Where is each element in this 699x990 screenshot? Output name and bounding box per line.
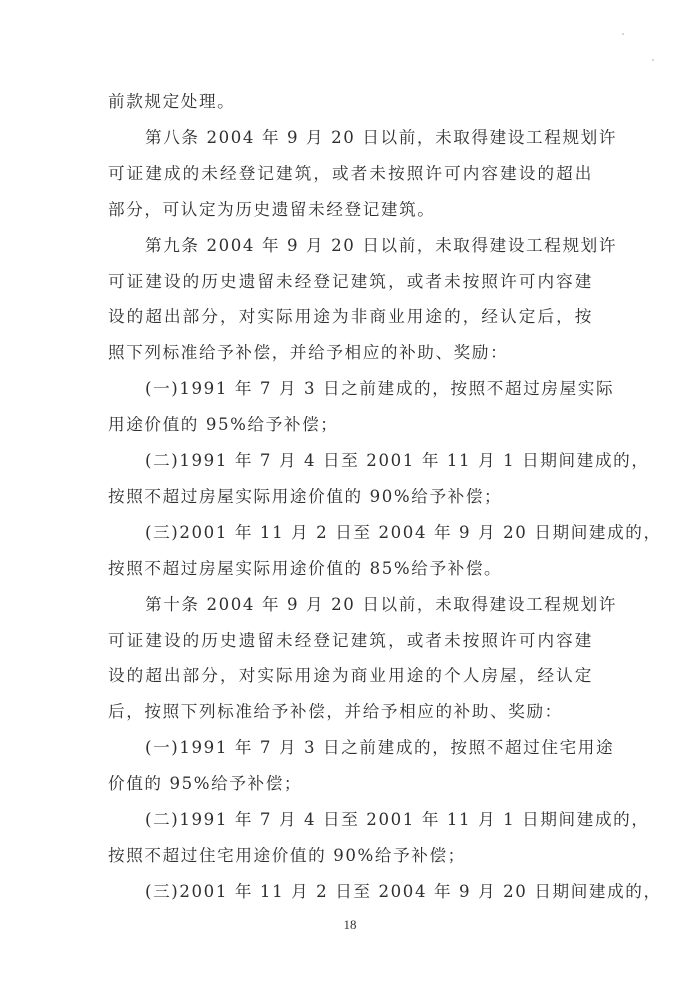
text-line: (三)2001 年 11 月 2 日至 2004 年 9 月 20 日期间建成的… [145, 523, 593, 543]
text-line: 价值的 95%给予补偿； [108, 774, 593, 794]
text-line: 部分，可认定为历史遗留未经登记建筑。 [108, 200, 593, 220]
text-line: 可证建设的历史遗留未经登记建筑，或者未按照许可内容建 [108, 272, 593, 292]
text-line: 后，按照下列标准给予补偿，并给予相应的补助、奖励： [108, 702, 593, 722]
text-line: (三)2001 年 11 月 2 日至 2004 年 9 月 20 日期间建成的… [145, 882, 593, 902]
text-line: 设的超出部分，对实际用途为非商业用途的，经认定后，按 [108, 307, 593, 327]
text-line: 第十条 2004 年 9 月 20 日以前，未取得建设工程规划许 [145, 595, 593, 615]
page-number: 18 [339, 917, 361, 933]
scan-speck [622, 33, 624, 35]
text-line: (二)1991 年 7 月 4 日至 2001 年 11 月 1 日期间建成的， [145, 451, 593, 471]
text-line: 可证建成的未经登记建筑，或者未按照许可内容建设的超出 [108, 164, 593, 184]
text-line: (二)1991 年 7 月 4 日至 2001 年 11 月 1 日期间建成的， [145, 810, 593, 830]
scan-speck [652, 59, 654, 61]
document-page: 前款规定处理。第八条 2004 年 9 月 20 日以前，未取得建设工程规划许可… [0, 0, 699, 990]
text-line: 按照不超过住宅用途价值的 90%给予补偿； [108, 846, 593, 866]
text-line: 照下列标准给予补偿，并给予相应的补助、奖励： [108, 343, 593, 363]
text-line: 第九条 2004 年 9 月 20 日以前，未取得建设工程规划许 [145, 236, 593, 256]
text-line: 设的超出部分，对实际用途为商业用途的个人房屋，经认定 [108, 666, 593, 686]
text-line: 前款规定处理。 [108, 92, 593, 112]
text-line: (一)1991 年 7 月 3 日之前建成的，按照不超过住宅用途 [145, 738, 593, 758]
text-line: 按照不超过房屋实际用途价值的 90%给予补偿； [108, 487, 593, 507]
text-line: (一)1991 年 7 月 3 日之前建成的，按照不超过房屋实际 [145, 379, 593, 399]
text-line: 用途价值的 95%给予补偿； [108, 415, 593, 435]
text-line: 可证建设的历史遗留未经登记建筑，或者未按照许可内容建 [108, 631, 593, 651]
text-line: 按照不超过房屋实际用途价值的 85%给予补偿。 [108, 559, 593, 579]
text-line: 第八条 2004 年 9 月 20 日以前，未取得建设工程规划许 [145, 128, 593, 148]
